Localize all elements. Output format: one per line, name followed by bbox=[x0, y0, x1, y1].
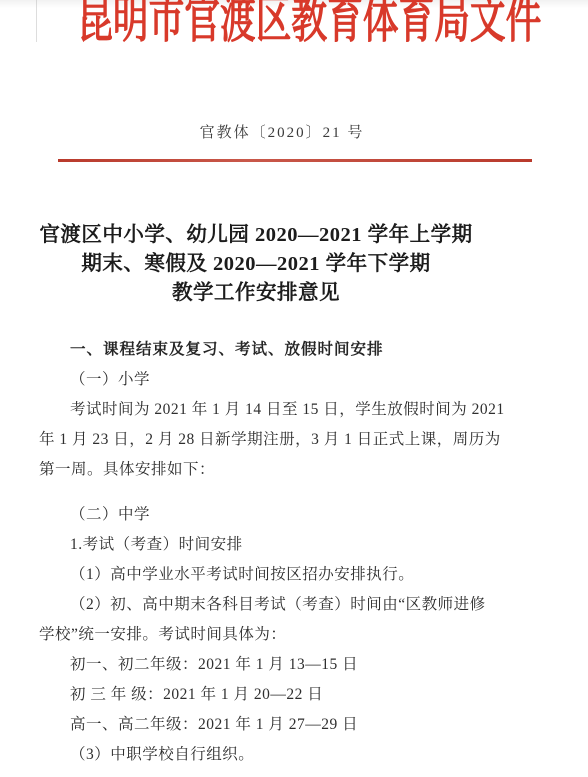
red-divider-rule bbox=[58, 159, 532, 162]
exam-date-grade-7-8: 初一、初二年级：2021 年 1 月 13—15 日 bbox=[39, 650, 535, 680]
document-title-line-3: 教学工作安排意见 bbox=[0, 279, 512, 308]
paragraph-gap bbox=[39, 485, 535, 500]
item-exam-schedule: 1.考试（考查）时间安排 bbox=[39, 530, 535, 560]
paragraph-line: 考试时间为 2021 年 1 月 14 日至 15 日，学生放假时间为 2021 bbox=[39, 395, 535, 425]
paragraph-line: 年 1 月 23 日，2 月 28 日新学期注册，3 月 1 日正式上课，周历为 bbox=[39, 425, 535, 455]
item-3: （3）中职学校自行组织。 bbox=[39, 740, 535, 770]
document-title: 官渡区中小学、幼儿园 2020—2021 学年上学期 期末、寒假及 2020—2… bbox=[0, 221, 512, 308]
scan-fold-artifact bbox=[36, 0, 37, 42]
document-body: 一、课程结束及复习、考试、放假时间安排 （一）小学 考试时间为 2021 年 1… bbox=[39, 335, 535, 770]
exam-date-grade-9: 初 三 年 级：2021 年 1 月 20—22 日 bbox=[39, 680, 535, 710]
item-2-line-2: 学校”统一安排。考试时间具体为： bbox=[39, 620, 535, 650]
document-title-line-2: 期末、寒假及 2020—2021 学年下学期 bbox=[0, 250, 512, 279]
document-title-line-1: 官渡区中小学、幼儿园 2020—2021 学年上学期 bbox=[0, 221, 512, 250]
section-heading: 一、课程结束及复习、考试、放假时间安排 bbox=[39, 335, 535, 365]
paragraph-line: 第一周。具体安排如下： bbox=[39, 455, 535, 485]
doc-reference-number: 官教体〔2020〕21 号 bbox=[0, 121, 576, 142]
document-page: 昆明市官渡区教育体育局文件 官教体〔2020〕21 号 官渡区中小学、幼儿园 2… bbox=[0, 0, 588, 777]
exam-date-grade-10-11: 高一、高二年级：2021 年 1 月 27—29 日 bbox=[39, 710, 535, 740]
subsection-primary: （一）小学 bbox=[39, 365, 535, 395]
subsection-secondary: （二）中学 bbox=[39, 500, 535, 530]
item-1: （1）高中学业水平考试时间按区招办安排执行。 bbox=[39, 560, 535, 590]
letterhead-title: 昆明市官渡区教育体育局文件 bbox=[77, 0, 489, 49]
item-2-line-1: （2）初、高中期末各科目考试（考查）时间由“区教师进修 bbox=[39, 590, 535, 620]
